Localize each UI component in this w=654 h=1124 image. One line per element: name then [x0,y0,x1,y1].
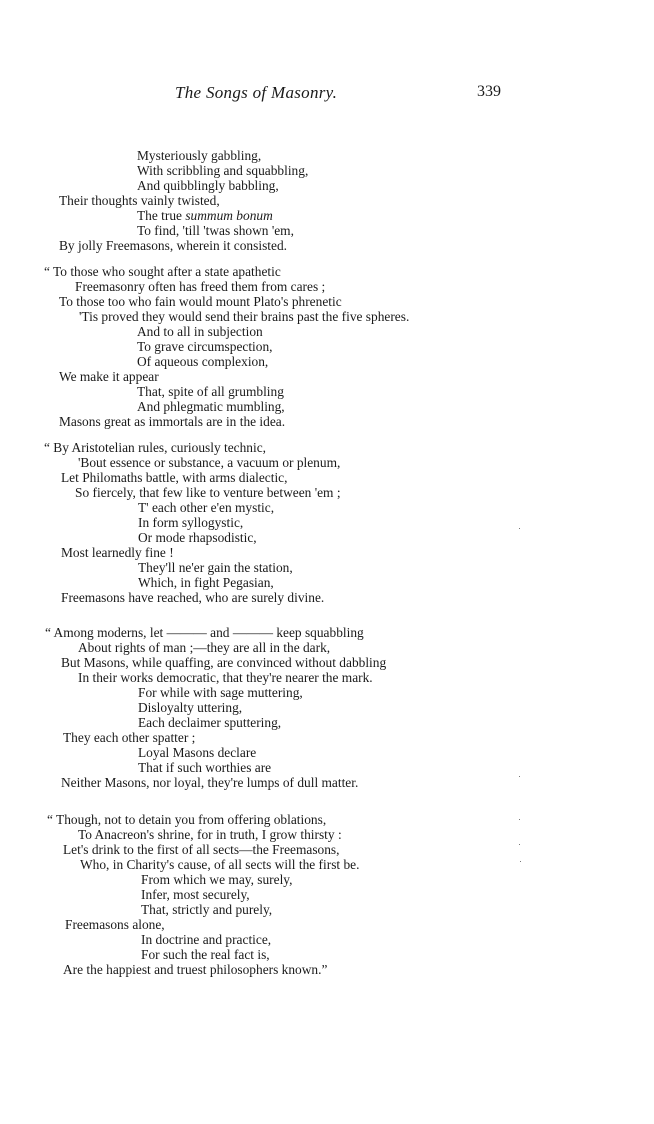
verse-line: That, strictly and purely, [141,902,272,917]
verse-line: To those too who fain would mount Plato'… [59,294,342,309]
verse-line: Of aqueous complexion, [137,354,268,369]
verse-line: “ Among moderns, let ——— and ——— keep sq… [45,625,364,640]
verse-line: And quibblingly babbling, [137,178,279,193]
verse-line: From which we may, surely, [141,872,292,887]
verse-line: Masons great as immortals are in the ide… [59,414,285,429]
verse-line: Freemasons alone, [65,917,165,932]
verse-line: Freemasonry often has freed them from ca… [75,279,325,294]
verse-line: “ By Aristotelian rules, curiously techn… [44,440,266,455]
verse-line: Their thoughts vainly twisted, [59,193,220,208]
verse-line: Each declaimer sputtering, [138,715,281,730]
verse-line: 'Tis proved they would send their brains… [79,309,409,324]
verse-line: But Masons, while quaffing, are convince… [61,655,386,670]
verse-line: And phlegmatic mumbling, [137,399,285,414]
verse-line: To find, 'till 'twas shown 'em, [137,223,294,238]
verse-line: So fiercely, that few like to venture be… [75,485,341,500]
verse-line: For such the real fact is, [141,947,270,962]
verse-line: They'll ne'er gain the station, [138,560,293,575]
verse-line: Let's drink to the first of all sects—th… [63,842,340,857]
verse-line: That if such worthies are [138,760,271,775]
scan-speck [519,776,520,777]
verse-line: They each other spatter ; [63,730,195,745]
scan-speck [519,844,520,845]
verse-line: Infer, most securely, [141,887,250,902]
verse-line: For while with sage muttering, [138,685,303,700]
verse-line: Who, in Charity's cause, of all sects wi… [80,857,359,872]
verse-line: T' each other e'en mystic, [138,500,274,515]
verse-line: Mysteriously gabbling, [137,148,261,163]
verse-line: Let Philomaths battle, with arms dialect… [61,470,287,485]
scan-speck [519,528,520,529]
verse-line: Loyal Masons declare [138,745,256,760]
verse-line: Most learnedly fine ! [61,545,174,560]
verse-line: In doctrine and practice, [141,932,271,947]
verse-line: By jolly Freemasons, wherein it consiste… [59,238,287,253]
verse-line: To Anacreon's shrine, for in truth, I gr… [78,827,342,842]
book-page: The Songs of Masonry. 339 Mysteriously g… [0,0,654,1124]
verse-line: In their works democratic, that they're … [78,670,373,685]
verse-line: About rights of man ;—they are all in th… [78,640,330,655]
italic-phrase: summum bonum [185,208,272,223]
verse-line: 'Bout essence or substance, a vacuum or … [78,455,340,470]
page-number: 339 [477,83,501,101]
verse-line: “ To those who sought after a state apat… [44,264,281,279]
scan-speck [519,819,520,820]
verse-line: To grave circumspection, [137,339,273,354]
verse-line: Disloyalty uttering, [138,700,242,715]
verse-line: And to all in subjection [137,324,263,339]
verse-line: Are the happiest and truest philosophers… [63,962,327,977]
scan-speck [520,861,521,862]
running-title: The Songs of Masonry. [175,83,337,103]
verse-line: We make it appear [59,369,159,384]
verse-line: In form syllogystic, [138,515,243,530]
verse-line: Which, in fight Pegasian, [138,575,274,590]
verse-line: Freemasons have reached, who are surely … [61,590,324,605]
verse-line: With scribbling and squabbling, [137,163,308,178]
verse-line: That, spite of all grumbling [137,384,284,399]
verse-line: The true summum bonum [137,208,273,223]
verse-line: Or mode rhapsodistic, [138,530,257,545]
verse-line: “ Though, not to detain you from offerin… [47,812,326,827]
verse-line: Neither Masons, nor loyal, they're lumps… [61,775,358,790]
